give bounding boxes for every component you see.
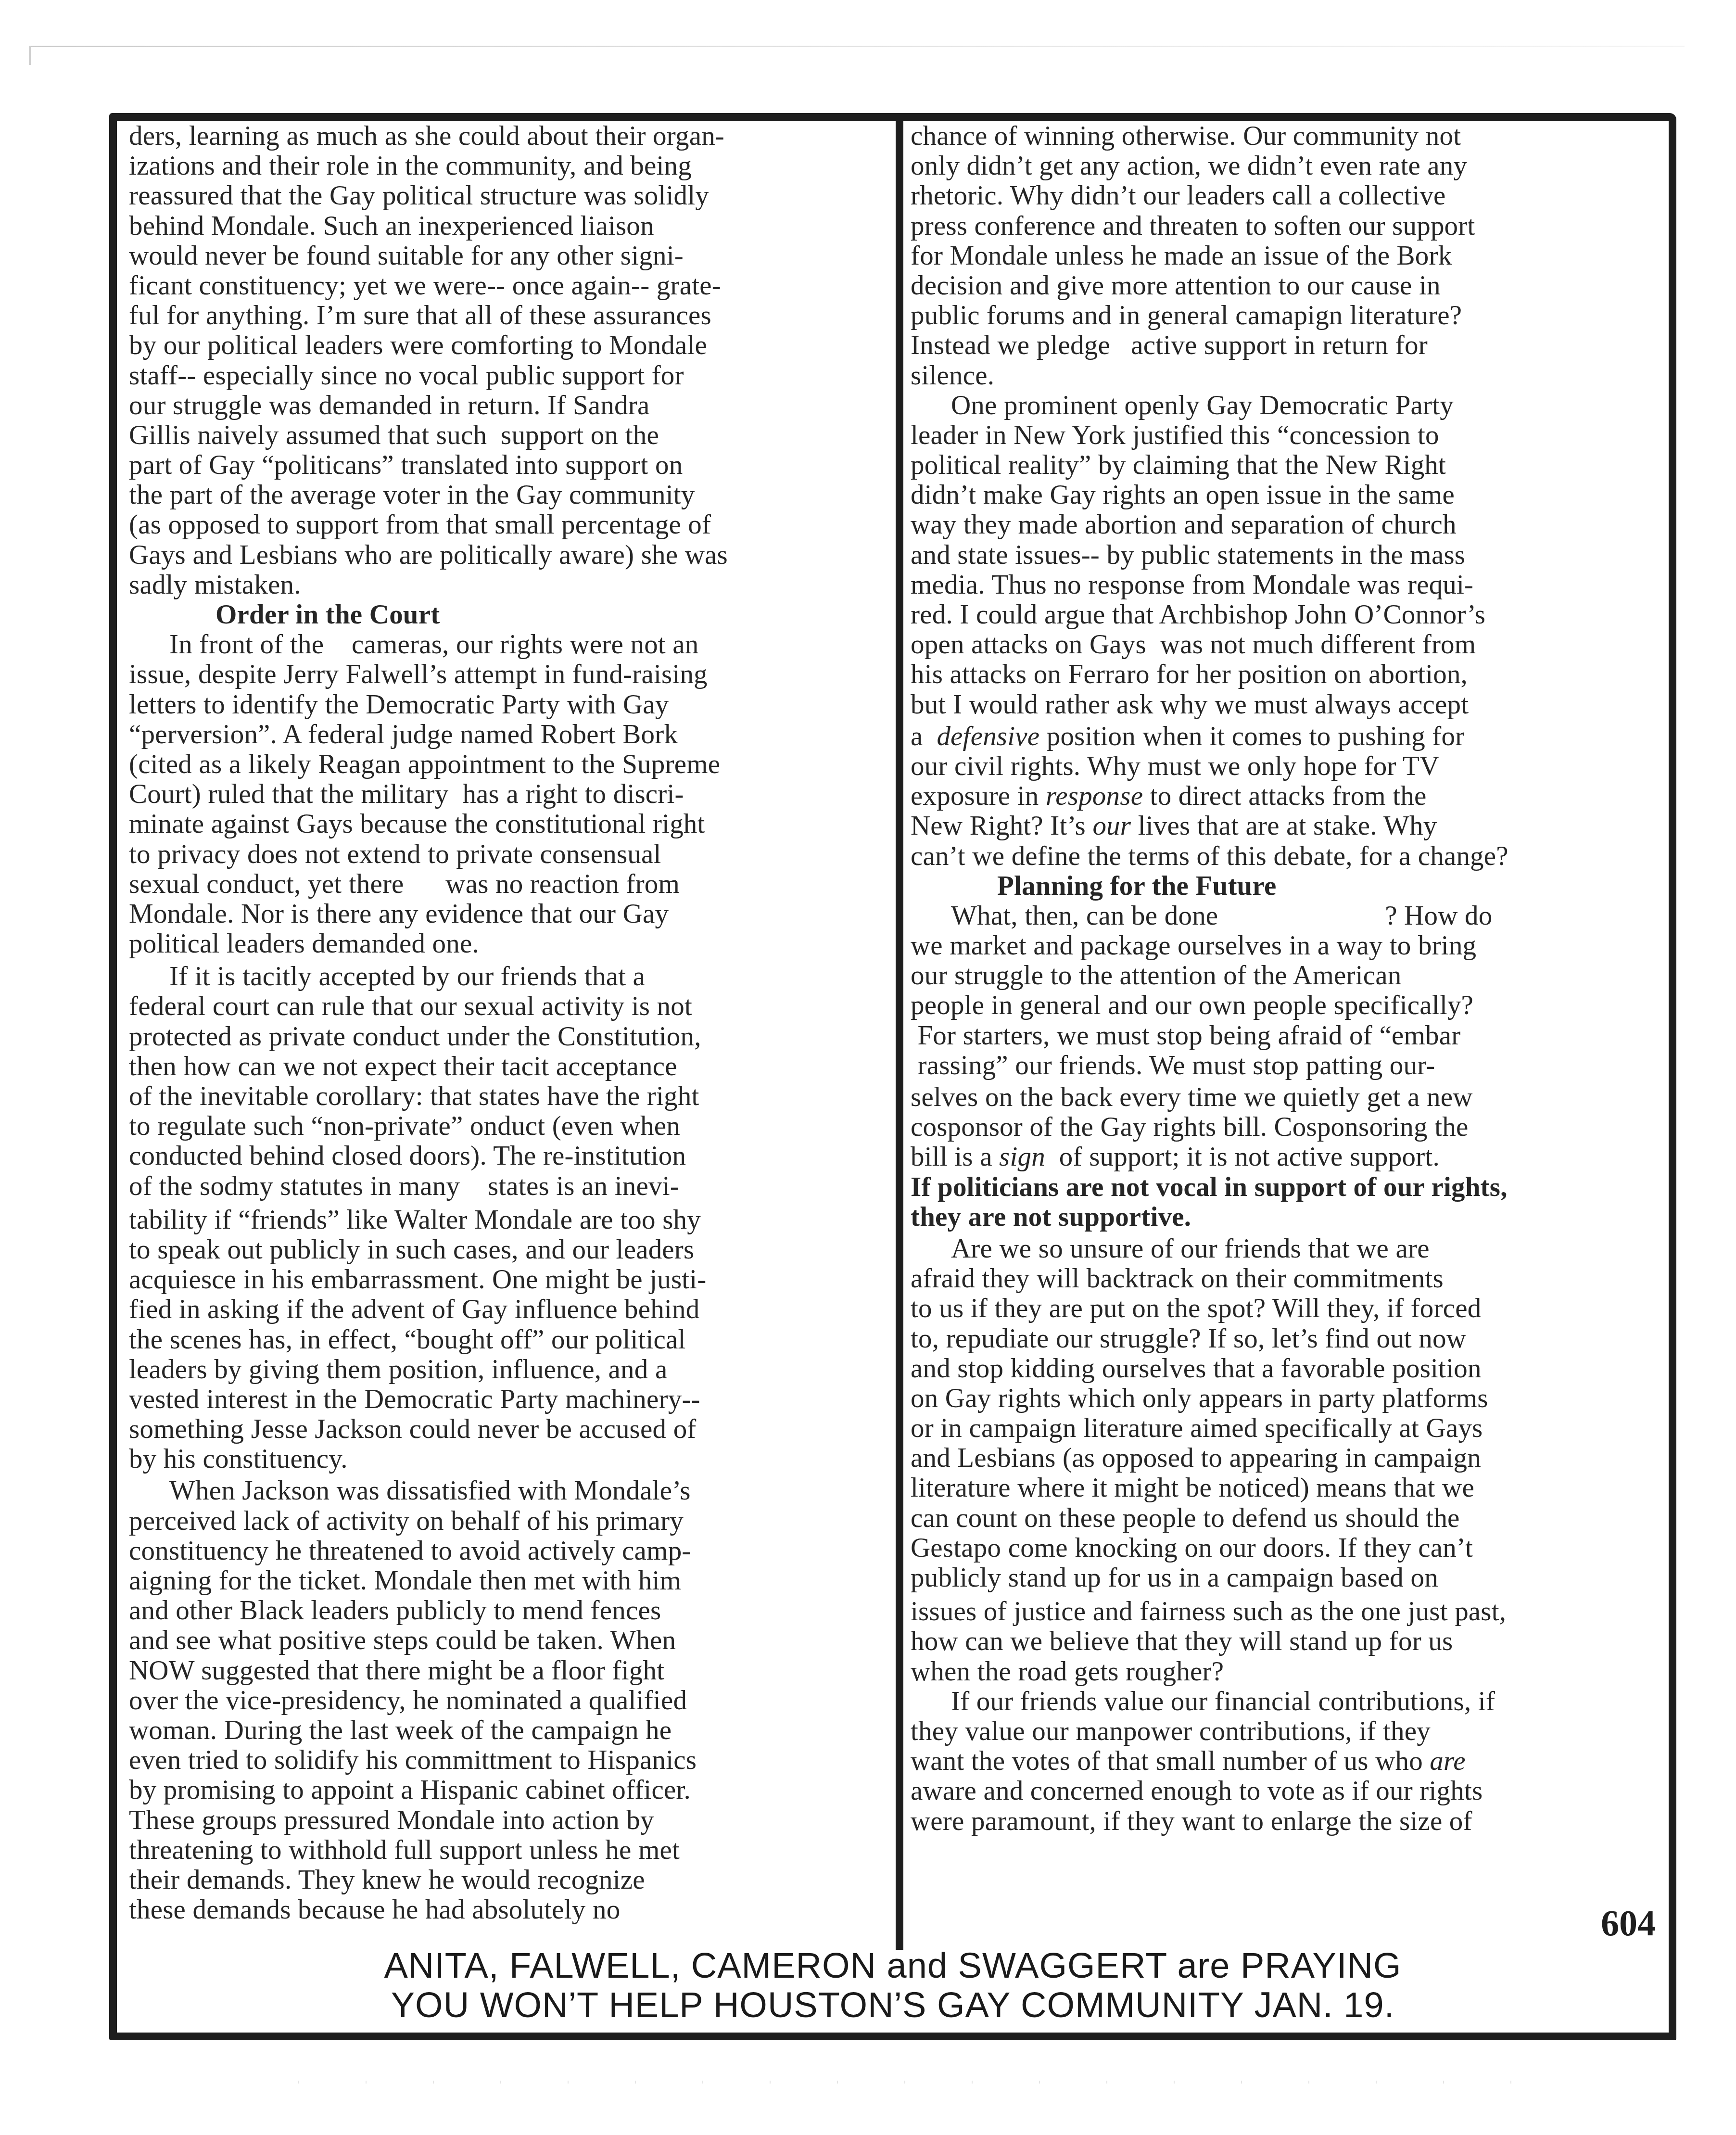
text-line: how can we believe that they will stand … — [911, 1627, 1671, 1656]
text-line: staff-- especially since no vocal public… — [129, 361, 889, 391]
text-line: vested interest in the Democratic Party … — [129, 1385, 889, 1414]
text-line: minate against Gays because the constitu… — [129, 809, 889, 839]
scan-edge-top — [30, 46, 1685, 47]
italic-word: are — [1430, 1746, 1465, 1776]
text-line: selves on the back every time we quietly… — [911, 1082, 1671, 1112]
text-line: afraid they will backtrack on their comm… — [911, 1264, 1671, 1294]
text-line: Gestapo come knocking on our doors. If t… — [911, 1533, 1671, 1563]
italic-word: sign — [999, 1142, 1045, 1172]
text-line: conducted behind closed doors). The re-i… — [129, 1141, 889, 1171]
text-line: but I would rather ask why we must alway… — [911, 690, 1671, 720]
text-line: his attacks on Ferraro for her position … — [911, 660, 1671, 689]
text-line: our civil rights. Why must we only hope … — [911, 751, 1671, 781]
text-line: to us if they are put on the spot? Will … — [911, 1294, 1671, 1323]
text-line: of the inevitable corollary: that states… — [129, 1081, 889, 1111]
text-line: open attacks on Gays was not much differ… — [911, 630, 1671, 660]
page-number: 604 — [1601, 1903, 1656, 1944]
text-line: aware and concerned enough to vote as if… — [911, 1776, 1671, 1806]
text-line: we market and package ourselves in a way… — [911, 931, 1671, 961]
text-line: by our political leaders were comforting… — [129, 330, 889, 360]
text-line: bill is a sign of support; it is not act… — [911, 1142, 1671, 1172]
text-line: and state issues-- by public statements … — [911, 540, 1671, 570]
text-line: press conference and threaten to soften … — [911, 211, 1671, 241]
text-line: of the sodmy statutes in many states is … — [129, 1171, 889, 1201]
text-line: these demands because he had absolutely … — [129, 1895, 889, 1925]
text-line: want the votes of that small number of u… — [911, 1746, 1671, 1776]
text-line: “perversion”. A federal judge named Robe… — [129, 720, 889, 750]
text-line: rhetoric. Why didn’t our leaders call a … — [911, 181, 1671, 211]
text-line: and other Black leaders publicly to mend… — [129, 1596, 889, 1626]
text-line: when the road gets rougher? — [911, 1657, 1671, 1687]
text-line: and stop kidding ourselves that a favora… — [911, 1354, 1671, 1384]
text-line: or in campaign literature aimed specific… — [911, 1413, 1671, 1443]
text-line: media. Thus no response from Mondale was… — [911, 570, 1671, 600]
text-line: rassing” our friends. We must stop patti… — [911, 1051, 1671, 1080]
text-line: Gillis naively assumed that such support… — [129, 420, 889, 450]
text-line: our struggle was demanded in return. If … — [129, 391, 889, 420]
banner-line-1: ANITA, FALWELL, CAMERON and SWAGGERT are… — [109, 1945, 1676, 1986]
text-line: When Jackson was dissatisfied with Monda… — [129, 1476, 889, 1506]
italic-word: response — [1046, 781, 1143, 811]
text-line: exposure in response to direct attacks f… — [911, 781, 1671, 811]
text-line: ful for anything. I’m sure that all of t… — [129, 301, 889, 330]
text-line: leaders by giving them position, influen… — [129, 1355, 889, 1385]
text-line: izations and their role in the community… — [129, 151, 889, 181]
text-line: Are we so unsure of our friends that we … — [911, 1234, 1671, 1264]
scan-edge-corner — [29, 46, 31, 65]
right-column: chance of winning otherwise. Our communi… — [911, 121, 1671, 1836]
text-line: public forums and in general camapign li… — [911, 301, 1671, 330]
text-line: federal court can rule that our sexual a… — [129, 991, 889, 1021]
text-line: These groups pressured Mondale into acti… — [129, 1805, 889, 1835]
column-divider — [896, 118, 903, 1950]
section-heading-planning-for-the-future: Planning for the Future — [911, 871, 1671, 901]
text-line: publicly stand up for us in a campaign b… — [911, 1563, 1671, 1593]
text-line: letters to identify the Democratic Party… — [129, 690, 889, 720]
text-line: to privacy does not extend to private co… — [129, 839, 889, 869]
text-line: political reality” by claiming that the … — [911, 450, 1671, 480]
section-heading-order-in-the-court: Order in the Court — [129, 600, 889, 630]
text-line: Mondale. Nor is there any evidence that … — [129, 899, 889, 929]
text-line: threatening to withhold full support unl… — [129, 1835, 889, 1865]
text-line: their demands. They knew he would recogn… — [129, 1865, 889, 1895]
text-line: the part of the average voter in the Gay… — [129, 480, 889, 510]
text-line: on Gay rights which only appears in part… — [911, 1384, 1671, 1413]
italic-word: our — [1092, 811, 1131, 841]
text-line: aigning for the ticket. Mondale then met… — [129, 1566, 889, 1596]
text-line: way they made abortion and separation of… — [911, 510, 1671, 540]
text-line: In front of the cameras, our rights were… — [129, 630, 889, 660]
text-line: and Lesbians (as opposed to appearing in… — [911, 1443, 1671, 1473]
text-line: reassured that the Gay political structu… — [129, 181, 889, 211]
text-line: acquiesce in his embarrassment. One migh… — [129, 1265, 889, 1295]
text-line: to speak out publicly in such cases, and… — [129, 1235, 889, 1265]
text-line: red. I could argue that Archbishop John … — [911, 600, 1671, 630]
scan-artifacts — [269, 2081, 1520, 2084]
text-line: New Right? It’s our lives that are at st… — [911, 811, 1671, 841]
text-line: If our friends value our financial contr… — [911, 1687, 1671, 1716]
text-line: leader in New York justified this “conce… — [911, 420, 1671, 450]
text-line: to regulate such “non-private” onduct (e… — [129, 1111, 889, 1141]
text-line: protected as private conduct under the C… — [129, 1022, 889, 1052]
text-line: ders, learning as much as she could abou… — [129, 121, 889, 151]
text-line: didn’t make Gay rights an open issue in … — [911, 480, 1671, 510]
text-line: ficant constituency; yet we were-- once … — [129, 271, 889, 301]
text-line: woman. During the last week of the campa… — [129, 1716, 889, 1745]
text-line: political leaders demanded one. — [129, 929, 889, 959]
text-line: something Jesse Jackson could never be a… — [129, 1414, 889, 1444]
left-column: ders, learning as much as she could abou… — [129, 121, 889, 1925]
text-line: even tried to solidify his committment t… — [129, 1745, 889, 1775]
text-line: (as opposed to support from that small p… — [129, 510, 889, 540]
text-line: Gays and Lesbians who are politically aw… — [129, 540, 889, 570]
text-line: and see what positive steps could be tak… — [129, 1626, 889, 1655]
text-line: If it is tacitly accepted by our friends… — [129, 962, 889, 991]
text-line: issue, despite Jerry Falwell’s attempt i… — [129, 660, 889, 689]
text-line: cosponsor of the Gay rights bill. Cospon… — [911, 1112, 1671, 1142]
text-line: constituency he threatened to avoid acti… — [129, 1536, 889, 1566]
text-line: literature where it might be noticed) me… — [911, 1473, 1671, 1503]
text-line: (cited as a likely Reagan appointment to… — [129, 750, 889, 779]
text-line: only didn’t get any action, we didn’t ev… — [911, 151, 1671, 181]
text-line: for Mondale unless he made an issue of t… — [911, 241, 1671, 271]
text-line: then how can we not expect their tacit a… — [129, 1052, 889, 1081]
italic-word: defensive — [937, 721, 1039, 751]
text-line: people in general and our own people spe… — [911, 991, 1671, 1020]
banner-line-2: YOU WON’T HELP HOUSTON’S GAY COMMUNITY J… — [109, 1984, 1676, 2025]
emphasis-statement: If politicians are not vocal in support … — [911, 1172, 1671, 1202]
text-line: chance of winning otherwise. Our communi… — [911, 121, 1671, 151]
text-line: would never be found suitable for any ot… — [129, 241, 889, 271]
text-line: were paramount, if they want to enlarge … — [911, 1806, 1671, 1836]
text-line: by his constituency. — [129, 1444, 889, 1474]
text-line: silence. — [911, 361, 1671, 391]
text-line: tability if “friends” like Walter Mondal… — [129, 1205, 889, 1235]
text-line: Court) ruled that the military has a rig… — [129, 779, 889, 809]
text-line: a defensive position when it comes to pu… — [911, 722, 1671, 751]
text-line: For starters, we must stop being afraid … — [911, 1021, 1671, 1051]
text-line: the scenes has, in effect, “bought off” … — [129, 1325, 889, 1355]
text-line: by promising to appoint a Hispanic cabin… — [129, 1775, 889, 1805]
text-line: can’t we define the terms of this debate… — [911, 841, 1671, 871]
text-line: Instead we pledge active support in retu… — [911, 330, 1671, 360]
text-line: perceived lack of activity on behalf of … — [129, 1506, 889, 1536]
text-line: over the vice-presidency, he nominated a… — [129, 1686, 889, 1716]
text-line: to, repudiate our struggle? If so, let’s… — [911, 1324, 1671, 1354]
text-line: behind Mondale. Such an inexperienced li… — [129, 211, 889, 241]
text-line: sexual conduct, yet there was no reactio… — [129, 869, 889, 899]
text-line: NOW suggested that there might be a floo… — [129, 1656, 889, 1686]
text-line: What, then, can be done ? How do — [911, 901, 1671, 931]
text-line: One prominent openly Gay Democratic Part… — [911, 391, 1671, 420]
text-line: decision and give more attention to our … — [911, 271, 1671, 301]
text-line: part of Gay “politicans” translated into… — [129, 450, 889, 480]
text-line: issues of justice and fairness such as t… — [911, 1597, 1671, 1627]
text-line: they value our manpower contributions, i… — [911, 1716, 1671, 1746]
text-line: fied in asking if the advent of Gay infl… — [129, 1295, 889, 1324]
text-line: can count on these people to defend us s… — [911, 1503, 1671, 1533]
emphasis-statement: they are not supportive. — [911, 1202, 1671, 1232]
text-line: our struggle to the attention of the Ame… — [911, 961, 1671, 991]
text-line: sadly mistaken. — [129, 570, 889, 600]
